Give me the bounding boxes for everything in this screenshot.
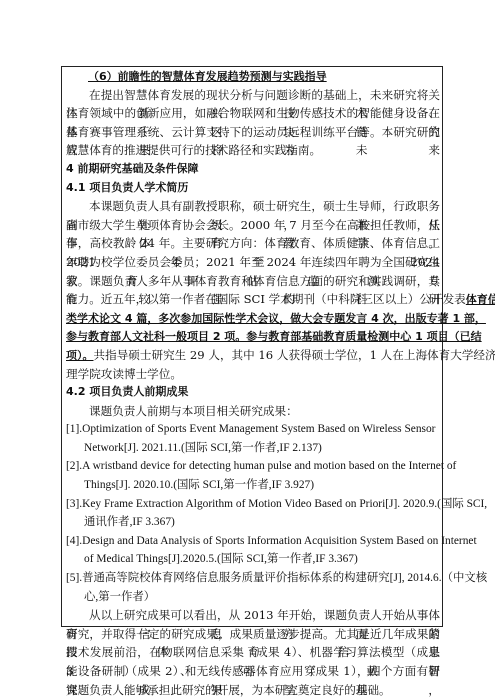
underlined-text: 体育信息 (466, 293, 495, 306)
reference-3-line2: 通讯作者,IF 3.367) (66, 513, 440, 532)
paragraph-line: 从以上研究成果可以看出，从 2013 年开始，课题负责人开始从事体育信息方面的 (66, 606, 440, 625)
paragraph-line: 类学术论文 4 篇，多次参加国际性学术会议，做大会专题发言 4 次，出版专著 1… (66, 309, 440, 328)
section-4-heading: 4 前期研究基础及条件保障 (66, 160, 440, 179)
reference-4-line2: of Medical Things[J].2020.5.(国际 SCI,第一作者… (66, 550, 440, 569)
paragraph-line: 项）。共指导硕士研究生 29 人，其中 16 人获得硕士学位，1 人在上海体育大… (66, 346, 440, 365)
section-4-2-heading: 4.2 项目负责人前期成果 (66, 383, 440, 402)
references-intro: 课题负责人前期与本项目相关研究成果： (66, 402, 440, 421)
paragraph-line: 家。课题负责人多年从事体育教育和体育信息方面的研究和实践调研，具有较强的科研 (66, 272, 440, 291)
paragraph-line: 体育赛事管理系统、云计算支持下的运动员远程训练平台等。本研究研究成果将为未来 (66, 123, 440, 142)
section-4-1-heading: 4.1 项目负责人学术简历 (66, 179, 440, 198)
paragraph-text: 能力。近五年，以第一作者在国际 SCI 学术期刊（中科院三区以上）公开发表 (66, 292, 466, 306)
reference-1-line2: Network[J]. 2021.11.(国际 SCI,第一作者,IF 2.13… (66, 439, 440, 458)
underlined-text: 类学术论文 4 篇，多次参加国际性学术会议，做大会专题发言 4 次，出版专著 1… (66, 312, 486, 325)
paragraph-line: 在提出智慧体育发展的现状分析与问题诊断的基础上，未来研究将关注新兴技术在 (66, 86, 440, 105)
paragraph-line: 体育领域中的创新应用，如融合物联网和生物传感技术的智能健身设备、基于区块链的 (66, 104, 440, 123)
paragraph-line: 省市级大学生单项体育协会会长。2000 年 7 月至今在高校担任教师，从事体育教… (66, 216, 440, 235)
paragraph-line: 作，高校教龄 24 年。主要研究方向：体育教育、体质健康、体育信息。2021 年… (66, 234, 440, 253)
paragraph-line: 年聘为校学位委员会委员；2021 年至 2024 年连续四年聘为全国研究生教育评… (66, 253, 440, 272)
paragraph-line: 能设备研制（成果 2）和无线传感器体育应用（成果 1），四个方面有研究成果呈现， (66, 662, 440, 681)
underlined-text: 项）。 (66, 349, 94, 362)
underlined-text: 参与教育部人文社科一般项目 2 项。参与教育部基础教育质量检测中心 1 项目（已… (66, 330, 482, 343)
reference-3-line1: [3].Key Frame Extraction Algorithm of Mo… (66, 495, 440, 514)
paragraph-line: 技术发展前沿，在物联网信息采集（成果 4）、机器学习算法模型（成果 3）、可穿戴… (66, 643, 440, 662)
reference-5-line2: 心,第一作者） (66, 588, 440, 607)
reference-2-line2: Things[J]. 2020.10.(国际 SCI,第一作者,IF 3.927… (66, 476, 440, 495)
paragraph-line: 研究，并取得一定的研究成果，成果质量逐步提高。尤其是近几年成果紧跟体育信息 (66, 625, 440, 644)
paragraph-line: 课题负责人能够承担此研究的开展，为本研究奠定良好的基础。 (66, 681, 440, 700)
reference-4-line1: [4].Design and Data Analysis of Sports I… (66, 532, 440, 551)
paragraph-line: 参与教育部人文社科一般项目 2 项。参与教育部基础教育质量检测中心 1 项目（已… (66, 327, 440, 346)
paragraph-text: 共指导硕士研究生 29 人，其中 16 人获得硕士学位，1 人在上海体育大学经济… (94, 348, 495, 362)
reference-2-line1: [2].A wristband device for detecting hum… (66, 457, 440, 476)
paragraph-line: 本课题负责人具有副教授职称，硕士研究生，硕士生导师，行政职务副处级，兼任 (66, 197, 440, 216)
section-6-title-text: （6）前瞻性的智慧体育发展趋势预测与实践指导 (66, 70, 327, 83)
document-body: （6）前瞻性的智慧体育发展趋势预测与实践指导 在提出智慧体育发展的现状分析与问题… (66, 66, 440, 699)
reference-1-line1: [1].Optimization of Sports Event Managem… (66, 420, 440, 439)
paragraph-line: 理学院攻读博士学位。 (66, 365, 440, 384)
section-6-title: （6）前瞻性的智慧体育发展趋势预测与实践指导 (66, 67, 440, 86)
paragraph-line: 能力。近五年，以第一作者在国际 SCI 学术期刊（中科院三区以上）公开发表体育信… (66, 290, 440, 309)
reference-5-line1: [5].普通高等院校体育网络信息服务质量评价指标体系的构建研究[J], 2014… (66, 569, 440, 588)
